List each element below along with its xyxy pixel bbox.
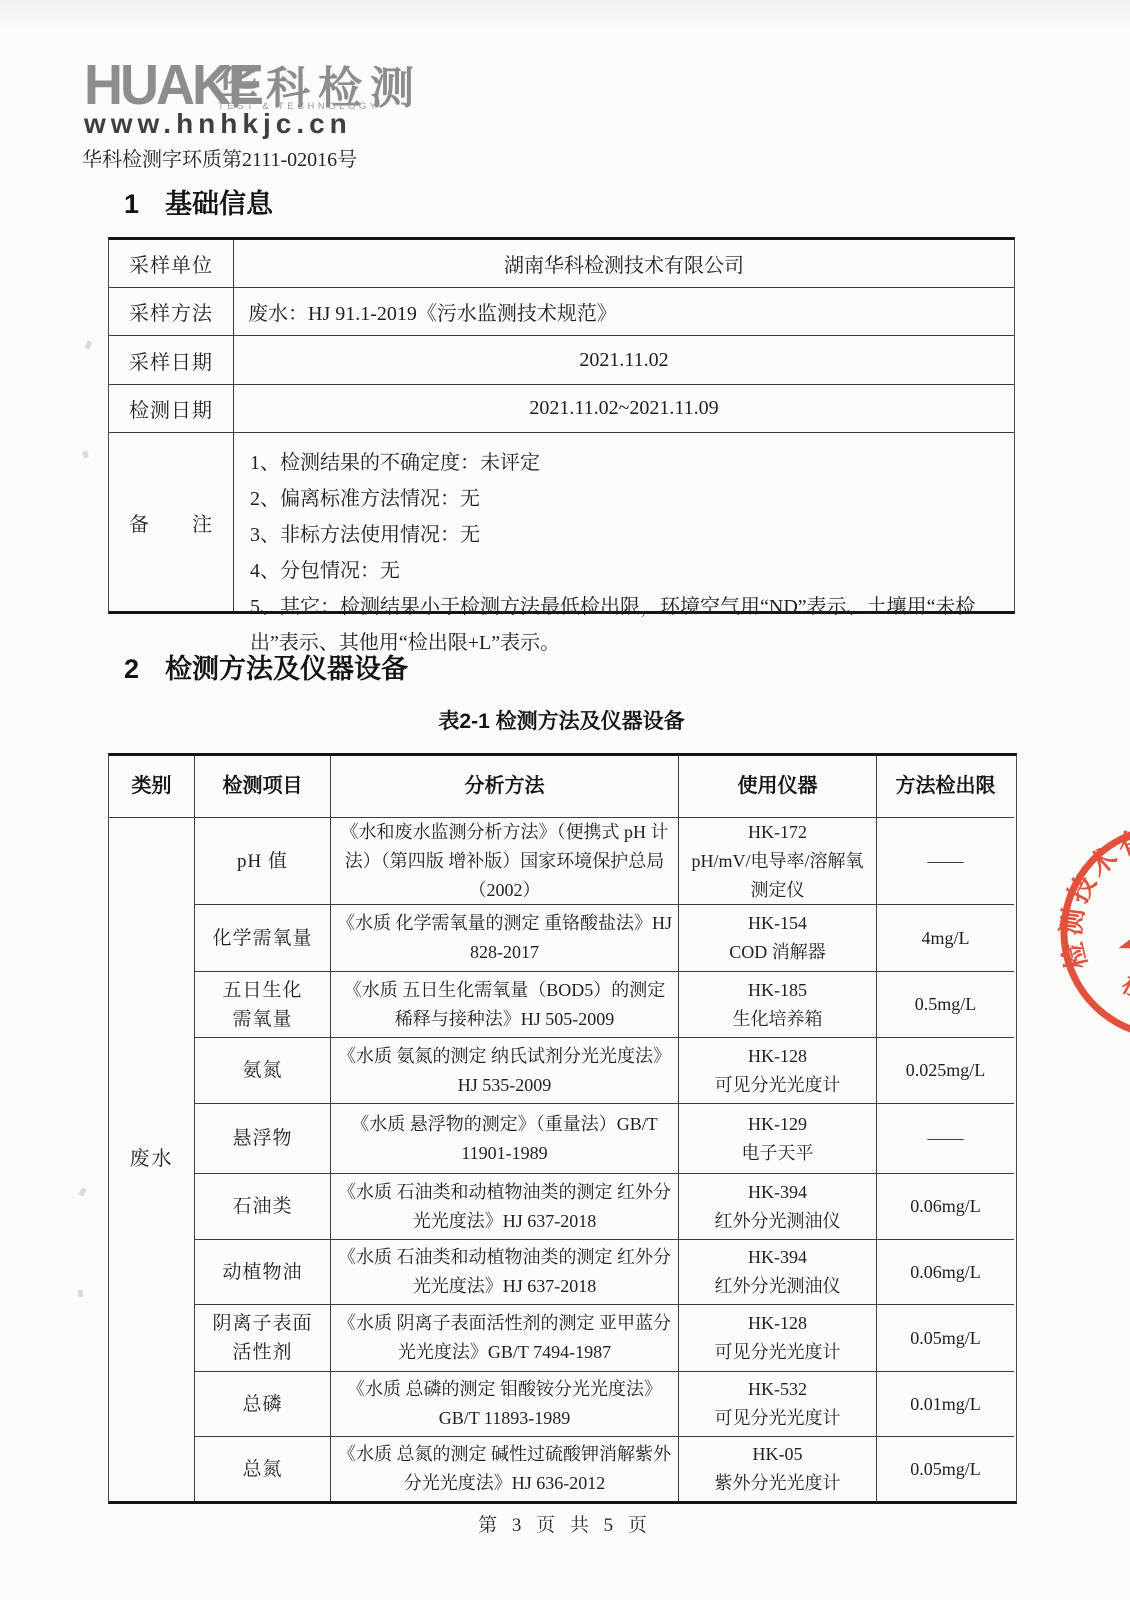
limit-cell: 0.06mg/L [877,1240,1014,1305]
page-footer: 第 3 页 共 5 页 [0,1510,1130,1537]
remark-line: 2、偏离标准方法情况：无 [250,481,998,517]
row-label: 采样日期 [109,336,234,384]
item-cell: 动植物油 [195,1240,331,1305]
report-number: 华科检测字环质第2111-02016号 [82,143,357,172]
item-cell: 石油类 [195,1174,331,1240]
instrument-cell: HK-128可见分光光度计 [679,1038,877,1104]
instrument-name: 红外分光测油仪 [715,1207,841,1236]
table-caption: 表2-1 检测方法及仪器设备 [108,705,1015,735]
svg-text:检测技术有限公司: 检测技术有限公司 [1019,784,1130,978]
instrument-name: 可见分光光度计 [715,1338,841,1367]
instrument-cell: HK-532可见分光光度计 [679,1372,877,1437]
row-value: 废水：HJ 91.1-2019《污水监测技术规范》 [234,288,1014,335]
instrument-code: HK-394 [748,1243,807,1272]
table-row: 采样方法 废水：HJ 91.1-2019《污水监测技术规范》 [109,288,1014,336]
method-cell: 《水质 石油类和动植物油类的测定 红外分光光度法》HJ 637-2018 [331,1240,679,1305]
table-row: 采样单位 湖南华科检测技术有限公司 [109,240,1014,288]
company-website: www.hnhkjc.cn [84,108,352,140]
row-value: 湖南华科检测技术有限公司 [234,240,1014,287]
section1-title: 1基础信息 [124,182,273,221]
row-label: 检测日期 [109,385,234,432]
row-label: 采样单位 [109,240,234,287]
limit-cell: 0.06mg/L [877,1174,1014,1240]
remark-line: 3、非标方法使用情况：无 [250,517,998,553]
instrument-cell: HK-129电子天平 [679,1104,877,1174]
col-header-item: 检测项目 [195,756,331,818]
method-cell: 《水质 总氮的测定 碱性过硫酸钾消解紫外分光光度法》HJ 636-2012 [331,1437,679,1501]
col-header-limit: 方法检出限 [877,756,1014,818]
item-cell: 总氮 [195,1437,331,1501]
limit-cell: 0.05mg/L [877,1437,1014,1501]
item-cell: 悬浮物 [195,1104,331,1174]
item-cell: 总磷 [195,1372,331,1437]
limit-cell: —— [877,1104,1014,1174]
instrument-code: HK-129 [748,1110,807,1139]
method-cell: 《水质 石油类和动植物油类的测定 红外分光光度法》HJ 637-2018 [331,1174,679,1240]
instrument-code: HK-128 [748,1042,807,1071]
instrument-cell: HK-154COD 消解器 [679,905,877,972]
method-cell: 《水质 悬浮物的测定》（重量法）GB/T 11901-1989 [331,1104,679,1174]
remark-label: 备 注 [109,433,234,611]
method-cell: 《水质 化学需氧量的测定 重铬酸盐法》HJ 828-2017 [331,905,679,972]
report-page: HUAKE 华科检测 TEST & TECHNOLOGY www.hnhkjc.… [0,0,1130,1600]
row-value: 2021.11.02 [234,336,1014,384]
method-cell: 《水和废水监测分析方法》（便携式 pH 计法）（第四版 增补版）国家环境保护总局… [331,818,679,905]
table-row: 检测日期 2021.11.02~2021.11.09 [109,385,1014,433]
limit-cell: 0.5mg/L [877,972,1014,1038]
instrument-code: HK-05 [753,1440,803,1469]
instrument-name: 生化培养箱 [733,1005,823,1034]
item-cell: pH 值 [195,818,331,905]
instrument-name: pH/mV/电导率/溶解氧测定仪 [684,847,871,905]
instrument-code: HK-172 [748,818,807,847]
method-cell: 《水质 五日生化需氧量（BOD5）的测定 稀释与接种法》HJ 505-2009 [331,972,679,1038]
seal-ring-text: 检测技术有限公司 [1019,784,1130,978]
instrument-code: HK-394 [748,1178,807,1207]
company-seal-stamp: 检测技术有限公司 检验检测专用章 4301 [1008,772,1130,1092]
instrument-code: HK-154 [748,909,807,938]
scan-artifact [77,1290,83,1298]
section1-heading: 基础信息 [165,189,273,219]
instrument-name: 可见分光光度计 [715,1404,841,1433]
method-cell: 《水质 氨氮的测定 纳氏试剂分光光度法》HJ 535-2009 [331,1038,679,1104]
scan-artifact [78,1187,86,1196]
section2-number: 2 [124,654,139,684]
col-header-instrument: 使用仪器 [679,756,877,818]
remark-line: 1、检测结果的不确定度：未评定 [250,445,998,481]
table-row: 采样日期 2021.11.02 [109,336,1014,385]
instrument-name: 红外分光测油仪 [715,1272,841,1301]
category-cell: 废水 [109,818,195,1501]
instrument-name: COD 消解器 [729,938,826,967]
row-label: 采样方法 [109,288,234,335]
instrument-cell: HK-128可见分光光度计 [679,1305,877,1372]
item-cell: 化学需氧量 [195,905,331,972]
instrument-code: HK-128 [748,1309,807,1338]
scan-artifact [82,450,89,458]
instrument-cell: HK-172pH/mV/电导率/溶解氧测定仪 [679,818,877,905]
item-cell: 阴离子表面 活性剂 [195,1305,331,1372]
method-cell: 《水质 总磷的测定 钼酸铵分光光度法》GB/T 11893-1989 [331,1372,679,1437]
instrument-cell: HK-394红外分光测油仪 [679,1240,877,1305]
remark-content: 1、检测结果的不确定度：未评定 2、偏离标准方法情况：无 3、非标方法使用情况：… [234,433,1014,611]
limit-cell: —— [877,818,1014,905]
instrument-name: 电子天平 [742,1139,814,1168]
instrument-cell: HK-05紫外分光光度计 [679,1437,877,1501]
instrument-name: 紫外分光光度计 [715,1469,841,1498]
limit-cell: 0.025mg/L [877,1038,1014,1104]
scan-artifact [85,340,93,349]
col-header-method: 分析方法 [331,756,679,818]
col-header-category: 类别 [109,756,195,818]
remark-row: 备 注 1、检测结果的不确定度：未评定 2、偏离标准方法情况：无 3、非标方法使… [109,433,1014,611]
instrument-code: HK-532 [748,1375,807,1404]
remark-line: 4、分包情况：无 [250,553,998,589]
item-cell: 氨氮 [195,1038,331,1104]
limit-cell: 0.01mg/L [877,1372,1014,1437]
method-cell: 《水质 阴离子表面活性剂的测定 亚甲蓝分光光度法》GB/T 7494-1987 [331,1305,679,1372]
item-cell: 五日生化 需氧量 [195,972,331,1038]
instrument-code: HK-185 [748,976,807,1005]
limit-cell: 0.05mg/L [877,1305,1014,1372]
instrument-name: 可见分光光度计 [715,1071,841,1100]
instrument-cell: HK-185生化培养箱 [679,972,877,1038]
instrument-cell: HK-394红外分光测油仪 [679,1174,877,1240]
section2-title: 2检测方法及仪器设备 [124,647,408,686]
section2-heading: 检测方法及仪器设备 [165,654,408,684]
basic-info-table: 采样单位 湖南华科检测技术有限公司 采样方法 废水：HJ 91.1-2019《污… [108,237,1015,614]
methods-instruments-table: 类别 检测项目 分析方法 使用仪器 方法检出限 废水 pH 值 《水和废水监测分… [108,753,1017,1504]
section1-number: 1 [124,189,139,219]
row-value: 2021.11.02~2021.11.09 [234,385,1014,432]
limit-cell: 4mg/L [877,905,1014,972]
